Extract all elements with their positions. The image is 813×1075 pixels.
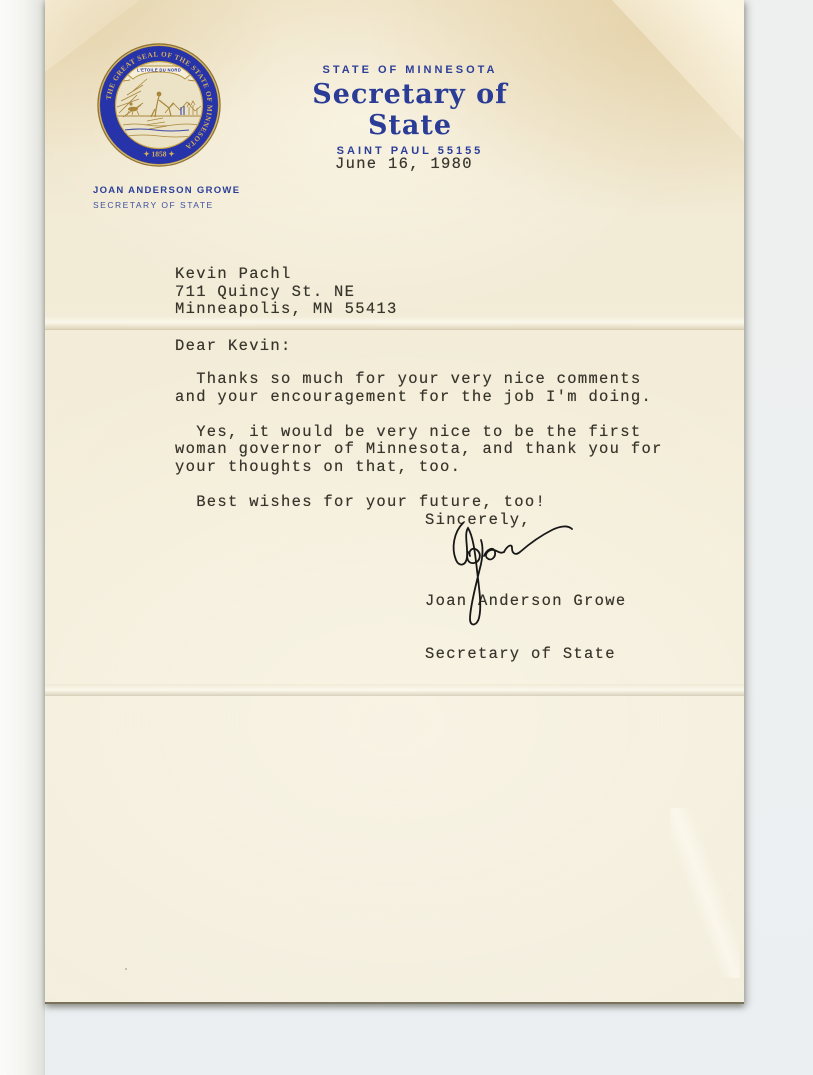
salutation: Dear Kevin: bbox=[175, 338, 292, 356]
seal-banner-motto: L'ETOILE DU NORD bbox=[137, 68, 181, 73]
fold-mark-top-right bbox=[612, 0, 744, 142]
letterhead-office-name: Secretary of State bbox=[270, 79, 550, 141]
letterhead-center-block: STATE OF MINNESOTA Secretary of State SA… bbox=[270, 64, 550, 157]
scan-background-strip bbox=[0, 0, 45, 1075]
officer-name: JOAN ANDERSON GROWE bbox=[93, 185, 240, 196]
photo-background: { "letterhead": { "seal": { "ring_text":… bbox=[0, 0, 813, 1075]
fold-crease-lower bbox=[45, 684, 744, 696]
minnesota-state-seal-icon: THE GREAT SEAL OF THE STATE OF MINNESOTA… bbox=[97, 43, 221, 167]
letter-paper: THE GREAT SEAL OF THE STATE OF MINNESOTA… bbox=[45, 0, 744, 1004]
letterhead-officer-block: JOAN ANDERSON GROWE SECRETARY OF STATE bbox=[93, 185, 240, 210]
letterhead-state-line: STATE OF MINNESOTA bbox=[270, 64, 550, 76]
seal-year: ✦ 1858 ✦ bbox=[143, 150, 175, 159]
recipient-address: Kevin Pachl 711 Quincy St. NE Minneapoli… bbox=[175, 266, 398, 319]
dust-speck bbox=[125, 968, 127, 970]
handwritten-signature bbox=[430, 508, 615, 643]
letter-date: June 16, 1980 bbox=[335, 156, 473, 174]
wrinkle-bottom-right bbox=[670, 808, 740, 978]
officer-title: SECRETARY OF STATE bbox=[93, 200, 240, 210]
signer-title: Secretary of State bbox=[425, 646, 626, 664]
letter-body: Thanks so much for your very nice commen… bbox=[175, 371, 663, 511]
